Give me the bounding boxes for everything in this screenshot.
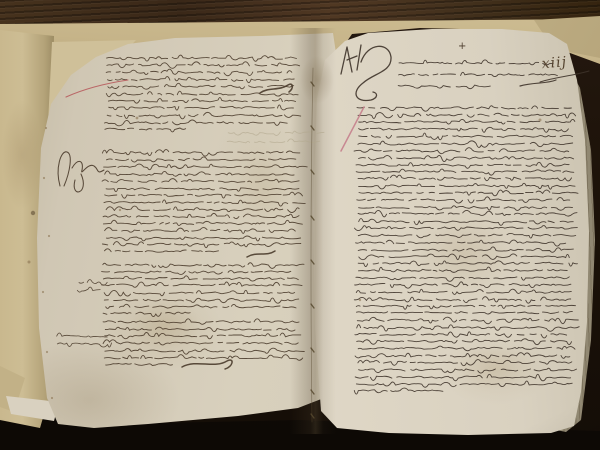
handwriting-line [102, 179, 299, 183]
handwriting-line [103, 340, 298, 345]
handwriting-line [57, 333, 108, 337]
foxing-spot [359, 299, 361, 301]
handwriting-line [109, 105, 294, 110]
handwriting-line [358, 346, 575, 351]
handwriting-line [359, 183, 575, 189]
foxing-spot [43, 177, 45, 179]
handwriting-line [102, 271, 291, 275]
handwriting-line [102, 282, 302, 287]
left-paragraph-3 [102, 263, 304, 317]
stitch-mark [311, 304, 314, 308]
handwriting-line [105, 348, 304, 354]
handwriting-line [107, 157, 296, 162]
handwriting-line [106, 69, 292, 76]
handwriting-line [106, 206, 299, 212]
handwriting-line [104, 290, 294, 296]
handwriting-line [103, 276, 298, 281]
handwriting-line [359, 206, 573, 211]
handwriting-line [102, 242, 300, 248]
left-margin-note-lower [57, 333, 112, 347]
foxing-spot [28, 261, 31, 264]
handwriting-line [358, 261, 577, 267]
left-paragraph-4 [103, 319, 304, 366]
handwriting-line [356, 381, 572, 387]
foxing-spot [45, 127, 47, 129]
red-pen-stroke-right [341, 107, 364, 151]
handwriting-line [106, 364, 173, 366]
handwriting-line [108, 98, 295, 104]
stitch-mark [311, 414, 314, 418]
handwriting-line [354, 297, 570, 304]
handwriting-layer [0, 0, 600, 450]
handwriting-line [357, 317, 578, 324]
handwriting-line [104, 298, 298, 303]
foxing-spot [31, 211, 35, 215]
handwriting-line [354, 388, 443, 394]
handwriting-line [398, 85, 490, 89]
handwriting-line [105, 249, 219, 252]
heading-end-dash [520, 80, 556, 86]
handwriting-line [355, 226, 578, 231]
handwriting-line [356, 240, 566, 246]
stitch-mark [311, 260, 314, 264]
gutter-fold-line [311, 68, 313, 422]
handwriting-line [357, 197, 570, 203]
handwriting-line [358, 360, 572, 366]
heading-cross-mark: + [458, 41, 470, 53]
left-paragraph-2 [102, 150, 307, 253]
handwriting-line [104, 200, 305, 206]
left-margin-note-small [77, 280, 107, 292]
handwriting-line [227, 139, 320, 143]
handwriting-line [103, 263, 304, 269]
handwriting-line [104, 355, 302, 361]
foxing-spot [42, 291, 44, 293]
handwriting-line [107, 55, 297, 61]
handwriting-line [359, 219, 574, 226]
paraph-mark [341, 45, 391, 101]
handwriting-line [359, 133, 573, 140]
handwriting-line [355, 282, 571, 288]
handwriting-line [103, 220, 302, 225]
foxing-spot [539, 119, 542, 122]
handwriting-line [228, 131, 324, 135]
left-margin-rubric [58, 152, 104, 192]
right-body [354, 106, 579, 394]
handwriting-line [357, 106, 571, 111]
handwriting-line [357, 311, 573, 314]
handwriting-line [105, 332, 301, 338]
handwriting-line [358, 210, 577, 216]
foxing-spot [48, 235, 50, 237]
handwriting-line [358, 113, 576, 119]
handwriting-line [359, 127, 569, 132]
handwriting-line [359, 254, 570, 260]
handwriting-line [358, 175, 571, 181]
handwriting-line [102, 150, 299, 157]
handwriting-line [354, 148, 569, 154]
handwriting-line [359, 155, 574, 161]
handwriting-line [359, 368, 577, 373]
handwriting-line [106, 91, 298, 97]
handwriting-line [355, 374, 570, 381]
handwriting-line [356, 277, 569, 282]
handwriting-line [356, 162, 569, 168]
handwriting-line [79, 280, 107, 286]
left-ghost-bleedthrough [227, 131, 324, 143]
handwriting-line [108, 83, 294, 89]
foxing-spot [136, 117, 139, 120]
handwriting-line [106, 188, 299, 192]
handwriting-line [105, 171, 294, 176]
handwriting-line [399, 60, 553, 65]
handwriting-line [359, 190, 578, 196]
handwriting-line [356, 169, 574, 175]
handwriting-line [105, 228, 296, 234]
handwriting-line [355, 353, 570, 359]
paragraph-end-flourish [182, 360, 232, 369]
paragraph-end-flourish [247, 251, 275, 257]
handwriting-line [359, 119, 575, 124]
handwriting-line [356, 289, 571, 294]
red-pen-stroke-left [66, 80, 128, 97]
handwriting-line [399, 72, 558, 76]
handwriting-line [106, 236, 300, 241]
left-paragraph-1 [105, 55, 301, 132]
handwriting-line [357, 339, 572, 345]
handwriting-line [358, 233, 575, 238]
handwriting-line [103, 213, 299, 218]
handwriting-line [105, 128, 186, 132]
stitch-mark [311, 126, 314, 130]
handwriting-line [105, 327, 295, 331]
handwriting-line [357, 325, 580, 332]
handwriting-line [105, 192, 303, 198]
handwriting-line [107, 62, 300, 69]
handwriting-line [77, 287, 100, 292]
handwriting-line [103, 319, 299, 324]
handwriting-line [356, 305, 575, 309]
handwriting-line [359, 267, 568, 272]
handwriting-line [108, 77, 295, 83]
manuscript-photograph: xiij + [0, 0, 600, 450]
handwriting-line [105, 120, 288, 126]
handwriting-line [355, 332, 567, 338]
handwriting-line [358, 141, 573, 148]
right-heading [398, 60, 557, 89]
foxing-spot [46, 351, 48, 353]
foxing-spot [51, 397, 53, 399]
handwriting-line [106, 304, 296, 308]
foxing-spot [119, 209, 121, 211]
handwriting-line [103, 312, 190, 316]
handwriting-line [104, 164, 308, 170]
handwriting-line [358, 247, 573, 252]
folio-number: xiij [541, 52, 595, 78]
